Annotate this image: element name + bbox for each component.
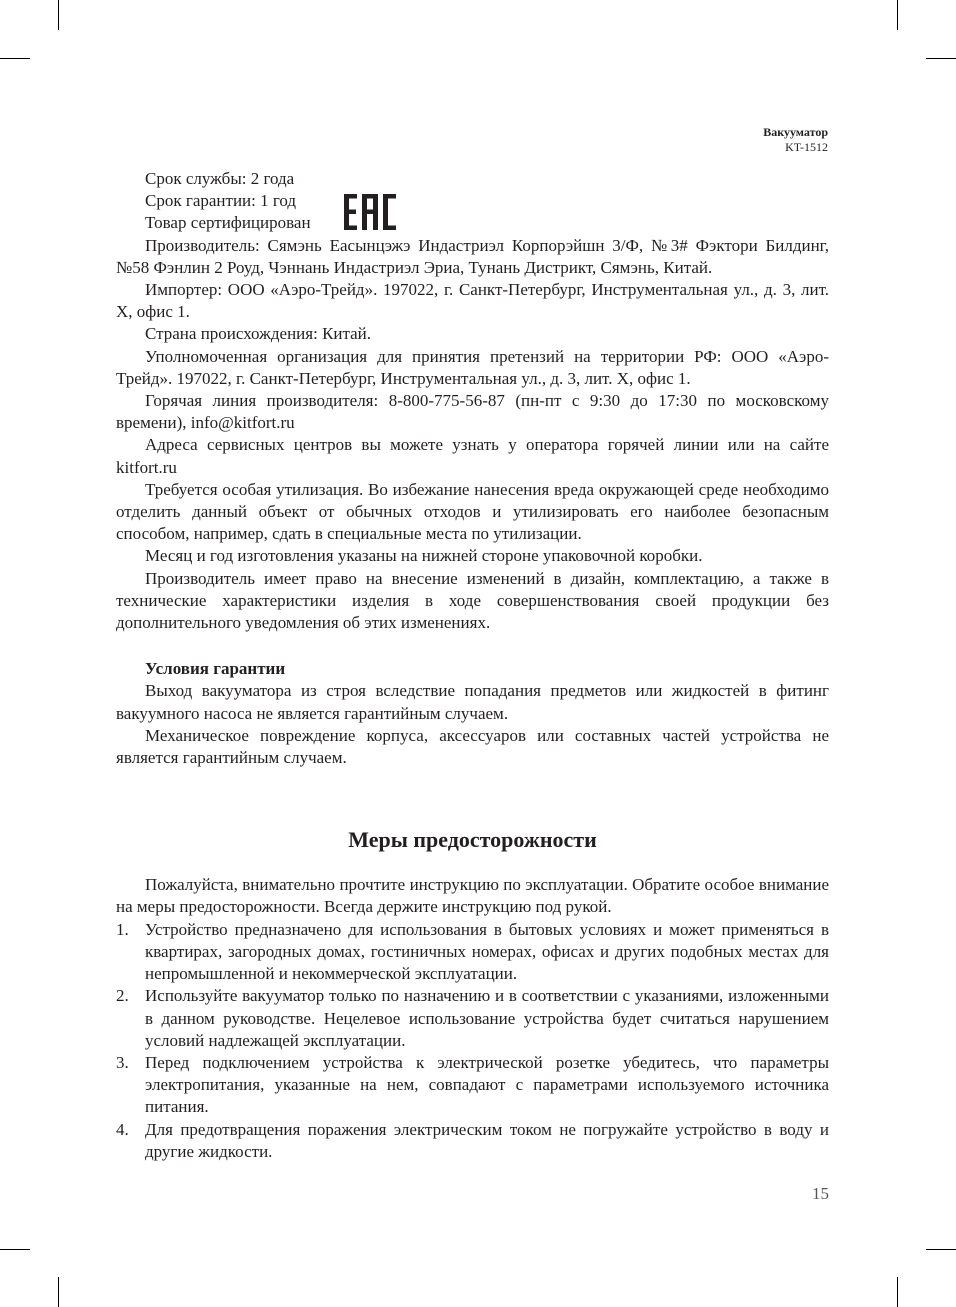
list-item-text: Перед подключением устройства к электрич… xyxy=(145,1053,829,1116)
info-block: Срок службы: 2 года Срок гарантии: 1 год… xyxy=(116,168,829,235)
crop-mark-bottom-left-horizontal xyxy=(0,1249,30,1250)
list-item: 4. Для предотвращения поражения электрич… xyxy=(116,1119,829,1163)
header-model: KT-1512 xyxy=(763,140,828,155)
warranty-condition-paragraph: Выход вакууматора из строя вследствие по… xyxy=(116,680,829,724)
changes-paragraph: Производитель имеет право на внесение из… xyxy=(116,568,829,635)
list-item-text: Используйте вакууматор только по назначе… xyxy=(145,986,829,1049)
manufacturer-paragraph: Производитель: Сямэнь Еасынцэжэ Индастри… xyxy=(116,235,829,279)
crop-mark-top-right-vertical xyxy=(897,0,898,30)
warranty-conditions-heading: Условия гарантии xyxy=(116,658,829,680)
hotline-paragraph: Горячая линия производителя: 8-800-775-5… xyxy=(116,390,829,434)
precautions-list: 1. Устройство предназначено для использо… xyxy=(116,919,829,1163)
precautions-title: Меры предосторожности xyxy=(116,827,829,853)
list-item: 2. Используйте вакууматор только по назн… xyxy=(116,985,829,1052)
authorized-org-paragraph: Уполномоченная организация для принятия … xyxy=(116,346,829,390)
list-item: 1. Устройство предназначено для использо… xyxy=(116,919,829,986)
list-item-number: 3. xyxy=(116,1052,129,1074)
eac-mark-icon xyxy=(344,194,396,230)
list-item: 3. Перед подключением устройства к элект… xyxy=(116,1052,829,1119)
header-product: Вакууматор xyxy=(763,125,828,140)
service-life: Срок службы: 2 года xyxy=(116,168,829,190)
crop-mark-top-left-vertical xyxy=(58,0,59,30)
crop-mark-bottom-right-horizontal xyxy=(926,1249,956,1250)
disposal-paragraph: Требуется особая утилизация. Во избежани… xyxy=(116,479,829,546)
origin-paragraph: Страна происхождения: Китай. xyxy=(116,323,829,345)
precautions-intro: Пожалуйста, внимательно прочтите инструк… xyxy=(116,874,829,918)
crop-mark-bottom-left-vertical xyxy=(58,1277,59,1307)
list-item-number: 1. xyxy=(116,919,129,941)
warranty-condition-paragraph: Механическое повреждение корпуса, аксесс… xyxy=(116,725,829,769)
list-item-number: 4. xyxy=(116,1119,129,1141)
list-item-text: Устройство предназначено для использован… xyxy=(145,920,829,983)
list-item-text: Для предотвращения поражения электрическ… xyxy=(145,1120,829,1161)
crop-mark-top-right-horizontal xyxy=(926,58,956,59)
service-centers-paragraph: Адреса сервисных центров вы можете узнат… xyxy=(116,434,829,478)
manufacture-date-paragraph: Месяц и год изготовления указаны на нижн… xyxy=(116,545,829,567)
running-header: Вакууматор KT-1512 xyxy=(763,125,828,155)
certified-text: Товар сертифицирован xyxy=(116,212,829,234)
page-content: Срок службы: 2 года Срок гарантии: 1 год… xyxy=(116,168,829,1163)
page-number: 15 xyxy=(812,1184,829,1204)
list-item-number: 2. xyxy=(116,985,129,1007)
crop-mark-top-left-horizontal xyxy=(0,58,30,59)
importer-paragraph: Импортер: ООО «Аэро-Трейд». 197022, г. С… xyxy=(116,279,829,323)
warranty-period: Срок гарантии: 1 год xyxy=(116,190,829,212)
crop-mark-bottom-right-vertical xyxy=(897,1277,898,1307)
